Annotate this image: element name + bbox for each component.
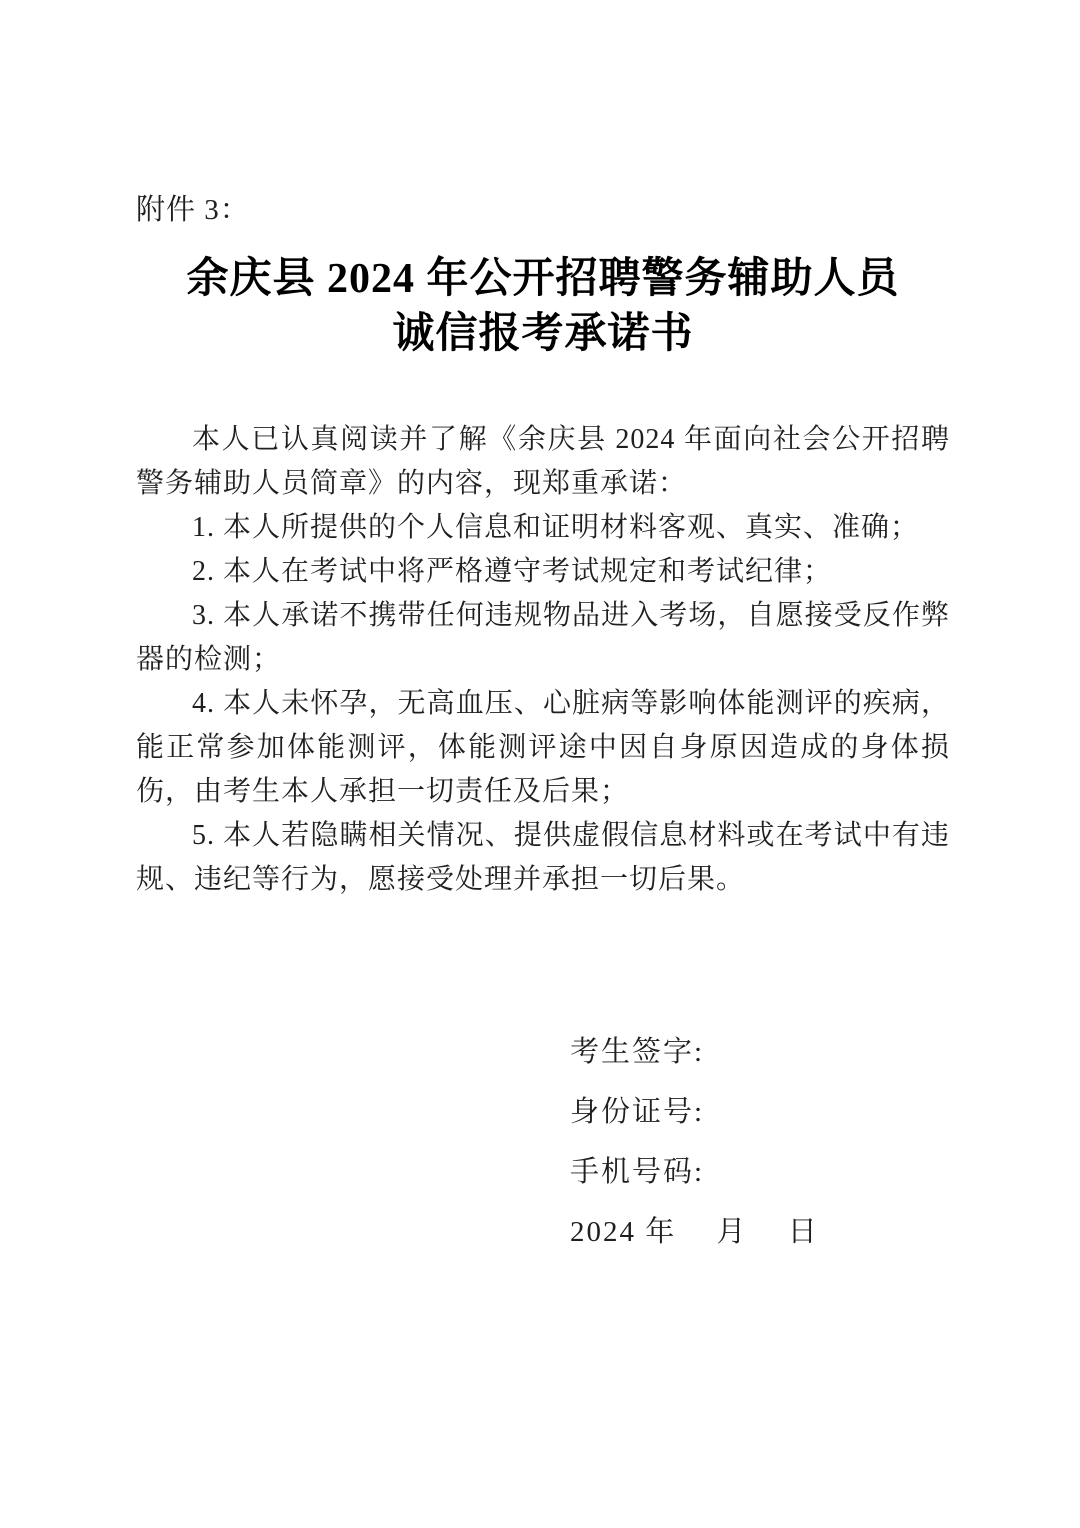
signature-block: 考生签字: 身份证号: 手机号码: 2024 年 月 日 — [136, 1022, 950, 1262]
document-page: 附件 3： 余庆县 2024 年公开招聘警务辅助人员 诚信报考承诺书 本人已认真… — [0, 0, 1080, 1528]
id-number-label: 身份证号: — [570, 1082, 950, 1142]
commitment-item-1: 1. 本人所提供的个人信息和证明材料客观、真实、准确； — [136, 506, 950, 550]
commitment-item-2: 2. 本人在考试中将严格遵守考试规定和考试纪律； — [136, 550, 950, 594]
examinee-signature-label: 考生签字: — [570, 1022, 950, 1082]
commitment-item-3: 3. 本人承诺不携带任何违规物品进入考场，自愿接受反作弊器的检测； — [136, 594, 950, 682]
document-title-line-2: 诚信报考承诺书 — [136, 307, 950, 362]
phone-number-label: 手机号码: — [570, 1142, 950, 1202]
attachment-label: 附件 3： — [136, 192, 950, 228]
document-title: 余庆县 2024 年公开招聘警务辅助人员 诚信报考承诺书 — [136, 252, 950, 362]
commitment-item-4: 4. 本人未怀孕，无高血压、心脏病等影响体能测评的疾病，能正常参加体能测评，体能… — [136, 682, 950, 814]
date-line: 2024 年 月 日 — [570, 1202, 950, 1262]
document-body: 本人已认真阅读并了解《余庆县 2024 年面向社会公开招聘警务辅助人员简章》的内… — [136, 418, 950, 902]
commitment-item-5: 5. 本人若隐瞒相关情况、提供虚假信息材料或在考试中有违规、违纪等行为，愿接受处… — [136, 814, 950, 902]
document-title-line-1: 余庆县 2024 年公开招聘警务辅助人员 — [136, 252, 950, 307]
intro-paragraph: 本人已认真阅读并了解《余庆县 2024 年面向社会公开招聘警务辅助人员简章》的内… — [136, 418, 950, 506]
